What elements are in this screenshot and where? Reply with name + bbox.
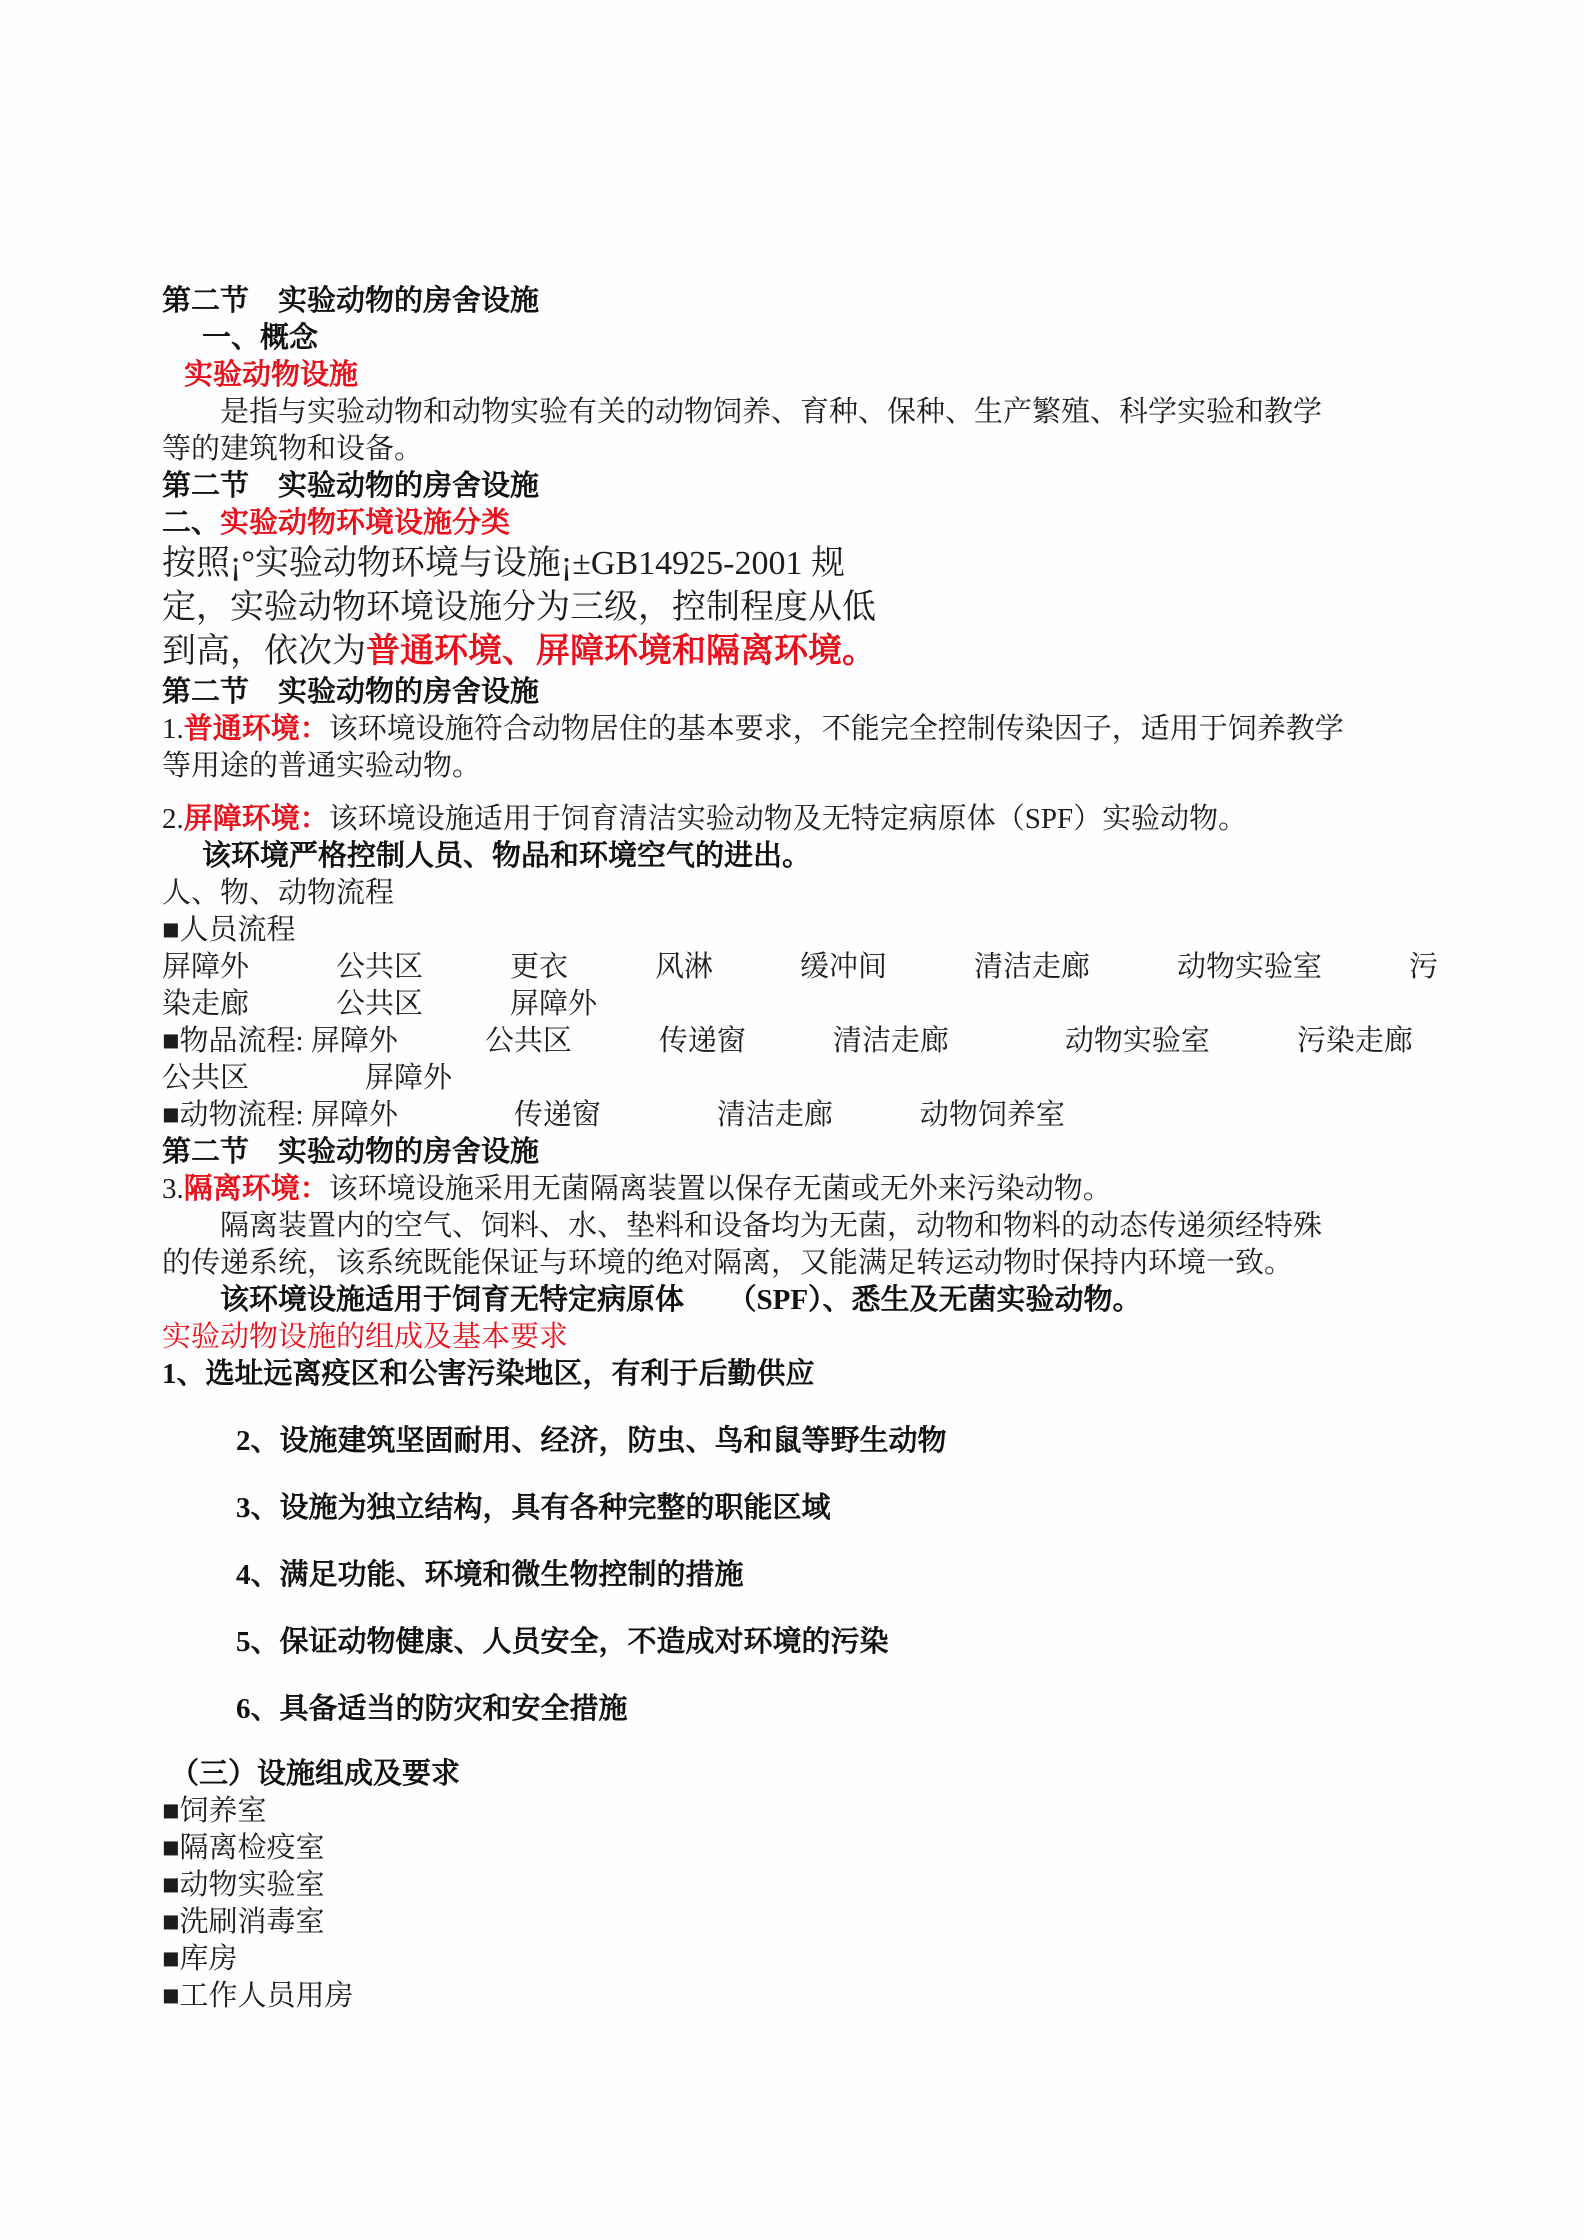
text-segment: 6、具备适当的防灾和安全措施 xyxy=(236,1693,628,1725)
text-segment: 屏障外 公共区 更衣 风淋 缓冲间 清洁走廊 动物实验室 污 xyxy=(162,951,1438,983)
text-segment: 该环境严格控制人员、物品和环境空气的进出。 xyxy=(202,840,811,872)
list-item: 3、设施为独立结构，具有各种完整的职能区域 xyxy=(162,1490,1454,1527)
sub-heading: 一、概念 xyxy=(162,320,1454,357)
text-segment: 是指与实验动物和动物实验有关的动物饲养、育种、保种、生产繁殖、科学实验和教学 xyxy=(162,396,1322,428)
document-page: 第二节 实验动物的房舍设施一、概念实验动物设施 是指与实验动物和动物实验有关的动… xyxy=(0,0,1584,2240)
text-segment: 第二节 实验动物的房舍设施 xyxy=(162,470,539,502)
text-segment: 一、概念 xyxy=(202,322,318,354)
text-segment: 5、保证动物健康、人员安全，不造成对环境的污染 xyxy=(236,1626,889,1658)
section-heading: 第二节 实验动物的房舍设施 xyxy=(162,1134,1454,1171)
bullet-item: ■动物实验室 xyxy=(162,1867,1454,1904)
paragraph: 2.屏障环境：该环境设施适用于饲育清洁实验动物及无特定病原体（SPF）实验动物。 xyxy=(162,801,1454,838)
text-segment: 人、物、动物流程 xyxy=(162,877,394,909)
section-heading: 第二节 实验动物的房舍设施 xyxy=(162,674,1454,711)
spacer xyxy=(162,1661,1454,1691)
text-segment: ■库房 xyxy=(162,1943,238,1975)
text-segment: 2、设施建筑坚固耐用、经济，防虫、鸟和鼠等野生动物 xyxy=(236,1425,947,1457)
text-segment: 等的建筑物和设备。 xyxy=(162,433,423,465)
text-segment: 第二节 实验动物的房舍设施 xyxy=(162,285,539,317)
text-segment: 该环境设施适用于饲育清洁实验动物及无特定病原体（SPF）实验动物。 xyxy=(329,803,1247,835)
text-segment: 隔离装置内的空气、饲料、水、垫料和设备均为无菌，动物和物料的动态传递须经特殊 xyxy=(162,1210,1322,1242)
paragraph: 等的建筑物和设备。 xyxy=(162,431,1454,468)
red-heading: 实验动物设施的组成及基本要求 xyxy=(162,1319,1454,1356)
text-segment: ■物品流程: 屏障外 公共区 传递窗 清洁走廊 动物实验室 污染走廊 xyxy=(162,1025,1413,1057)
text-segment: 该环境设施适用于饲育无特定病原体 （SPF）、悉生及无菌实验动物。 xyxy=(162,1284,1142,1316)
paragraph: 按照¡°实验动物环境与设施¡±GB14925-2001 规 xyxy=(162,542,1454,586)
text-segment: 1. xyxy=(162,713,184,745)
text-segment: ■人员流程 xyxy=(162,914,296,946)
text-segment: 普通环境： xyxy=(184,713,329,745)
sub-heading: 二、实验动物环境设施分类 xyxy=(162,505,1454,542)
text-segment: （三）设施组成及要求 xyxy=(170,1758,460,1790)
bullet-item: ■饲养室 xyxy=(162,1793,1454,1830)
text-segment: 隔离环境： xyxy=(184,1173,329,1205)
text-segment: 3. xyxy=(162,1173,184,1205)
flow-line: ■物品流程: 屏障外 公共区 传递窗 清洁走廊 动物实验室 污染走廊 xyxy=(162,1023,1454,1060)
paragraph: 1.普通环境：该环境设施符合动物居住的基本要求，不能完全控制传染因子，适用于饲养… xyxy=(162,711,1454,748)
text-segment: ■隔离检疫室 xyxy=(162,1832,325,1864)
text-segment: ■饲养室 xyxy=(162,1795,267,1827)
paragraph: 的传递系统，该系统既能保证与环境的绝对隔离，又能满足转运动物时保持内环境一致。 xyxy=(162,1245,1454,1282)
flow-line: 染走廊 公共区 屏障外 xyxy=(162,986,1454,1023)
paragraph: 是指与实验动物和动物实验有关的动物饲养、育种、保种、生产繁殖、科学实验和教学 xyxy=(162,394,1454,431)
text-segment: 实验动物环境设施分类 xyxy=(220,507,510,539)
spacer xyxy=(162,1393,1454,1423)
text-segment: 屏障环境： xyxy=(184,803,329,835)
paragraph: 等用途的普通实验动物。 xyxy=(162,748,1454,785)
list-item: 5、保证动物健康、人员安全，不造成对环境的污染 xyxy=(162,1624,1454,1661)
spacer xyxy=(162,1594,1454,1624)
text-segment: 第二节 实验动物的房舍设施 xyxy=(162,676,539,708)
paragraph: 该环境设施适用于饲育无特定病原体 （SPF）、悉生及无菌实验动物。 xyxy=(162,1282,1454,1319)
list-item: 4、满足功能、环境和微生物控制的措施 xyxy=(162,1557,1454,1594)
text-segment: 第二节 实验动物的房舍设施 xyxy=(162,1136,539,1168)
spacer xyxy=(162,1460,1454,1490)
list-item: 6、具备适当的防灾和安全措施 xyxy=(162,1691,1454,1728)
section-heading: 第二节 实验动物的房舍设施 xyxy=(162,468,1454,505)
text-segment: ■洗刷消毒室 xyxy=(162,1906,325,1938)
text-segment: 实验动物设施的组成及基本要求 xyxy=(162,1321,568,1353)
text-segment: 定，实验动物环境设施分为三级，控制程度从低 xyxy=(162,589,876,626)
text-segment: 1、选址远离疫区和公害污染地区，有利于后勤供应 xyxy=(162,1358,815,1390)
document-body: 第二节 实验动物的房舍设施一、概念实验动物设施 是指与实验动物和动物实验有关的动… xyxy=(162,283,1454,2015)
section-heading: 第二节 实验动物的房舍设施 xyxy=(162,283,1454,320)
paragraph: 该环境严格控制人员、物品和环境空气的进出。 xyxy=(162,838,1454,875)
bullet-item: ■工作人员用房 xyxy=(162,1978,1454,2015)
spacer xyxy=(162,1728,1454,1756)
sub-heading: （三）设施组成及要求 xyxy=(162,1756,1454,1793)
flow-line: 屏障外 公共区 更衣 风淋 缓冲间 清洁走廊 动物实验室 污 xyxy=(162,949,1454,986)
paragraph: 隔离装置内的空气、饲料、水、垫料和设备均为无菌，动物和物料的动态传递须经特殊 xyxy=(162,1208,1454,1245)
text-segment: ■工作人员用房 xyxy=(162,1980,354,2012)
text-segment: 3、设施为独立结构，具有各种完整的职能区域 xyxy=(236,1492,831,1524)
text-segment: 该环境设施采用无菌隔离装置以保存无菌或无外来污染动物。 xyxy=(329,1173,1112,1205)
spacer xyxy=(162,1527,1454,1557)
text-segment: ■动物流程: 屏障外 传递窗 清洁走廊 动物饲养室 xyxy=(162,1099,1065,1131)
paragraph: 到高，依次为普通环境、屏障环境和隔离环境。 xyxy=(162,630,1454,674)
red-term: 实验动物设施 xyxy=(162,357,1454,394)
text-segment: 二、 xyxy=(162,507,220,539)
text-segment: 按照¡°实验动物环境与设施¡±GB14925-2001 规 xyxy=(162,545,845,582)
list-item: 2、设施建筑坚固耐用、经济，防虫、鸟和鼠等野生动物 xyxy=(162,1423,1454,1460)
text-segment: 到高，依次为 xyxy=(162,633,366,670)
text-segment: 公共区 屏障外 xyxy=(162,1062,452,1094)
text-segment: ■动物实验室 xyxy=(162,1869,325,1901)
text-segment: 等用途的普通实验动物。 xyxy=(162,750,481,782)
list-item: 1、选址远离疫区和公害污染地区，有利于后勤供应 xyxy=(162,1356,1454,1393)
flow-line: 公共区 屏障外 xyxy=(162,1060,1454,1097)
paragraph: 定，实验动物环境设施分为三级，控制程度从低 xyxy=(162,586,1454,630)
flow-line: ■动物流程: 屏障外 传递窗 清洁走廊 动物饲养室 xyxy=(162,1097,1454,1134)
text-segment: 该环境设施符合动物居住的基本要求，不能完全控制传染因子，适用于饲养教学 xyxy=(329,713,1344,745)
spacer xyxy=(162,785,1454,801)
paragraph: 人、物、动物流程 xyxy=(162,875,1454,912)
bullet-item: ■洗刷消毒室 xyxy=(162,1904,1454,1941)
bullet-item: ■库房 xyxy=(162,1941,1454,1978)
text-segment: 实验动物设施 xyxy=(184,359,358,391)
bullet-item: ■隔离检疫室 xyxy=(162,1830,1454,1867)
paragraph: 3.隔离环境：该环境设施采用无菌隔离装置以保存无菌或无外来污染动物。 xyxy=(162,1171,1454,1208)
text-segment: 染走廊 公共区 屏障外 xyxy=(162,988,597,1020)
bullet-item: ■人员流程 xyxy=(162,912,1454,949)
text-segment: 4、满足功能、环境和微生物控制的措施 xyxy=(236,1559,744,1591)
text-segment: 2. xyxy=(162,803,184,835)
text-segment: 的传递系统，该系统既能保证与环境的绝对隔离，又能满足转运动物时保持内环境一致。 xyxy=(162,1247,1293,1279)
text-segment: 普通环境、屏障环境和隔离环境。 xyxy=(366,633,876,670)
